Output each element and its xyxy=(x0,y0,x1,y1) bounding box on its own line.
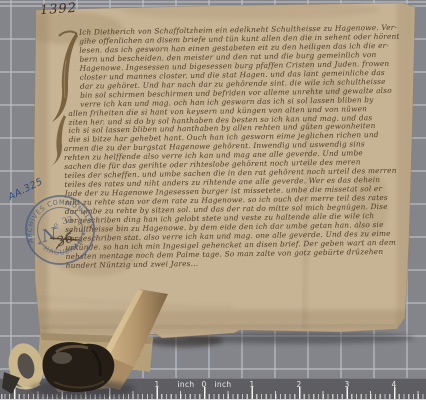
stamp-number: 33 xyxy=(61,215,74,227)
photo-scene: 3 2 1 inch 0 inch 1 2 3 4 xyxy=(0,0,426,400)
date-annotation: 1392 xyxy=(40,1,78,19)
strap-slot-shadow xyxy=(147,335,223,347)
manuscript-text: Ich Dietherich von Schaffoltzheim ein ed… xyxy=(62,24,404,271)
